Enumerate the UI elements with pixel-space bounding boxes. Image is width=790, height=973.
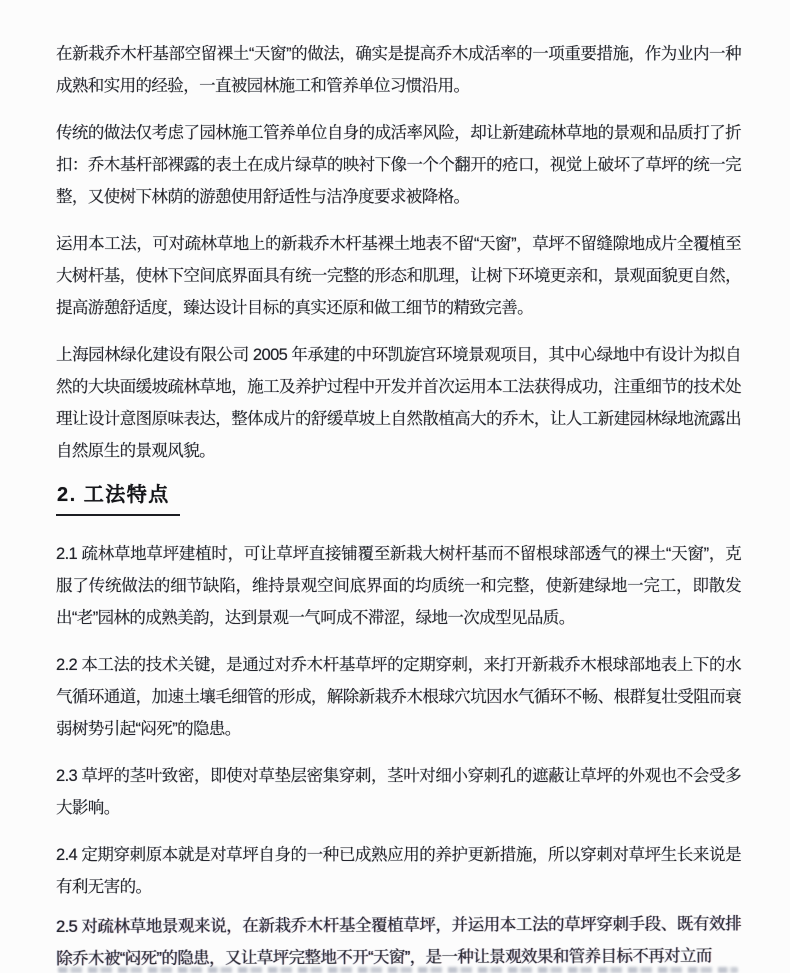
section-paragraph-2-5: 2.5 对疏林草地景观来说，在新栽乔木杆基全覆植草坪，并运用本工法的草坪穿刺手段… (56, 908, 741, 973)
intro-paragraph-1: 在新栽乔木杆基部空留裸土“天窗”的做法，确实是提高乔木成活率的一项重要措施，作为… (56, 38, 741, 102)
section-paragraph-2-1: 2.1 疏林草地草坪建植时，可让草坪直接铺覆至新栽大树杆基而不留根球部透气的裸土… (56, 538, 741, 634)
section-paragraph-2-3: 2.3 草坪的茎叶致密，即使对草垫层密集穿刺，茎叶对细小穿刺孔的遮蔽让草坪的外观… (56, 760, 741, 824)
section-paragraph-2-2: 2.2 本工法的技术关键，是通过对乔木杆基草坪的定期穿刺，来打开新栽乔木根球部地… (56, 649, 741, 745)
intro-paragraph-2: 传统的做法仅考虑了园林施工管养单位自身的成活率风险，却让新建疏林草地的景观和品质… (56, 117, 741, 213)
section-paragraph-2-4: 2.4 定期穿刺原本就是对草坪自身的一种已成熟应用的养护更新措施，所以穿刺对草坪… (56, 839, 741, 903)
intro-paragraph-3: 运用本工法，可对疏林草地上的新栽乔木杆基裸土地表不留“天窗”，草坪不留缝隙地成片… (56, 228, 741, 324)
scanned-document-page: 在新栽乔木杆基部空留裸土“天窗”的做法，确实是提高乔木成活率的一项重要措施，作为… (0, 0, 790, 973)
section-heading-text: 2. 工法特点 (56, 482, 180, 516)
section-heading: 2. 工法特点 (56, 482, 741, 516)
intro-paragraph-4: 上海园林绿化建设有限公司 2005 年承建的中环凯旋宫环境景观项目，其中心绿地中… (56, 339, 741, 467)
page-bottom-cutoff-line-artifact (58, 967, 738, 973)
